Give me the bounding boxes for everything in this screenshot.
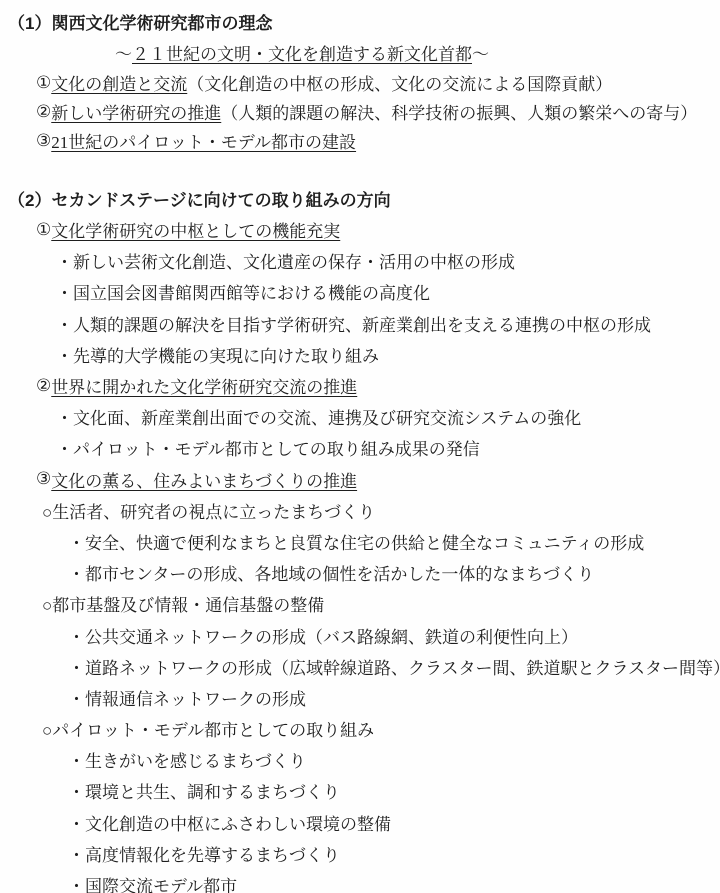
policy-subheading: ○都市基盤及び情報・通信基盤の整備: [0, 588, 720, 619]
policy-bullet: ・生きがいを感じるまちづくり: [0, 744, 720, 775]
item-marker: ②: [36, 376, 51, 396]
ideal-item-1: ①文化の創造と交流（文化創造の中枢の形成、文化の交流による国際貢献）: [0, 68, 720, 97]
item-underlined-text: 21世紀のパイロット・モデル都市の建設: [51, 128, 356, 153]
item-underlined-text: 新しい学術研究の推進: [51, 99, 221, 124]
ideal-item-3: ③21世紀のパイロット・モデル都市の建設: [0, 126, 720, 155]
item-underlined-text: 世界に開かれた文化学術研究交流の推進: [51, 373, 357, 398]
item-underlined-text: 文化学術研究の中枢としての機能充実: [51, 217, 340, 242]
subtitle-tilde-right: ～: [472, 40, 489, 65]
section2-heading: （2）セカンドステージに向けての取り組みの方向: [0, 183, 720, 214]
policy-bullet: ・国際交流モデル都市: [0, 869, 720, 893]
policy-heading-3: ③文化の薫る、住みよいまちづくりの推進: [0, 464, 720, 495]
item-detail: （人類的課題の解決、科学技術の振興、人類の繁栄への寄与）: [221, 99, 697, 124]
policy-bullet: ・新しい芸術文化創造、文化遺産の保存・活用の中枢の形成: [0, 245, 720, 276]
section1-subtitle: ～２１世紀の文明・文化を創造する新文化首都～: [0, 36, 720, 68]
item-underlined-text: 文化の薫る、住みよいまちづくりの推進: [51, 467, 357, 492]
policy-bullet: ・道路ネットワークの形成（広域幹線道路、クラスター間、鉄道駅とクラスター間等）: [0, 651, 720, 682]
policy-subheading: ○パイロット・モデル都市としての取り組み: [0, 713, 720, 744]
item-underlined-text: 文化の創造と交流: [51, 70, 187, 95]
policy-bullet: ・人類的課題の解決を目指す学術研究、新産業創出を支える連携の中枢の形成: [0, 308, 720, 339]
subtitle-underlined-text: ２１世紀の文明・文化を創造する新文化首都: [132, 40, 472, 65]
policy-bullet: ・都市センターの形成、各地域の個性を活かした一体的なまちづくり: [0, 557, 720, 588]
item-marker: ③: [36, 469, 51, 489]
policy-subheading: ○生活者、研究者の視点に立ったまちづくり: [0, 495, 720, 526]
policy-heading-2: ②世界に開かれた文化学術研究交流の推進: [0, 370, 720, 401]
section1-heading: （1）関西文化学術研究都市の理念: [0, 6, 720, 36]
ideal-item-2: ②新しい学術研究の推進（人類的課題の解決、科学技術の振興、人類の繁栄への寄与）: [0, 97, 720, 126]
item-marker: ③: [36, 131, 51, 151]
policy-bullet: ・高度情報化を先導するまちづくり: [0, 838, 720, 869]
policy-bullet: ・文化創造の中枢にふさわしい環境の整備: [0, 807, 720, 838]
subtitle-tilde-left: ～: [115, 40, 132, 65]
item-detail: （文化創造の中枢の形成、文化の交流による国際貢献）: [187, 70, 612, 95]
policy-bullet: ・先導的大学機能の実現に向けた取り組み: [0, 339, 720, 370]
item-marker: ①: [36, 73, 51, 93]
policy-bullet: ・文化面、新産業創出面での交流、連携及び研究交流システムの強化: [0, 401, 720, 432]
policy-heading-1: ①文化学術研究の中枢としての機能充実: [0, 214, 720, 245]
item-marker: ②: [36, 102, 51, 122]
policy-bullet: ・国立国会図書館関西館等における機能の高度化: [0, 276, 720, 307]
policy-bullet: ・パイロット・モデル都市としての取り組み成果の発信: [0, 432, 720, 463]
policy-bullet: ・情報通信ネットワークの形成: [0, 682, 720, 713]
item-marker: ①: [36, 220, 51, 240]
policy-bullet: ・環境と共生、調和するまちづくり: [0, 775, 720, 806]
section-gap: [0, 155, 720, 183]
policy-bullet: ・公共交通ネットワークの形成（バス路線網、鉄道の利便性向上）: [0, 619, 720, 650]
document-page: （1）関西文化学術研究都市の理念 ～２１世紀の文明・文化を創造する新文化首都～ …: [0, 0, 720, 893]
policy-bullet: ・安全、快適で便利なまちと良質な住宅の供給と健全なコミュニティの形成: [0, 526, 720, 557]
